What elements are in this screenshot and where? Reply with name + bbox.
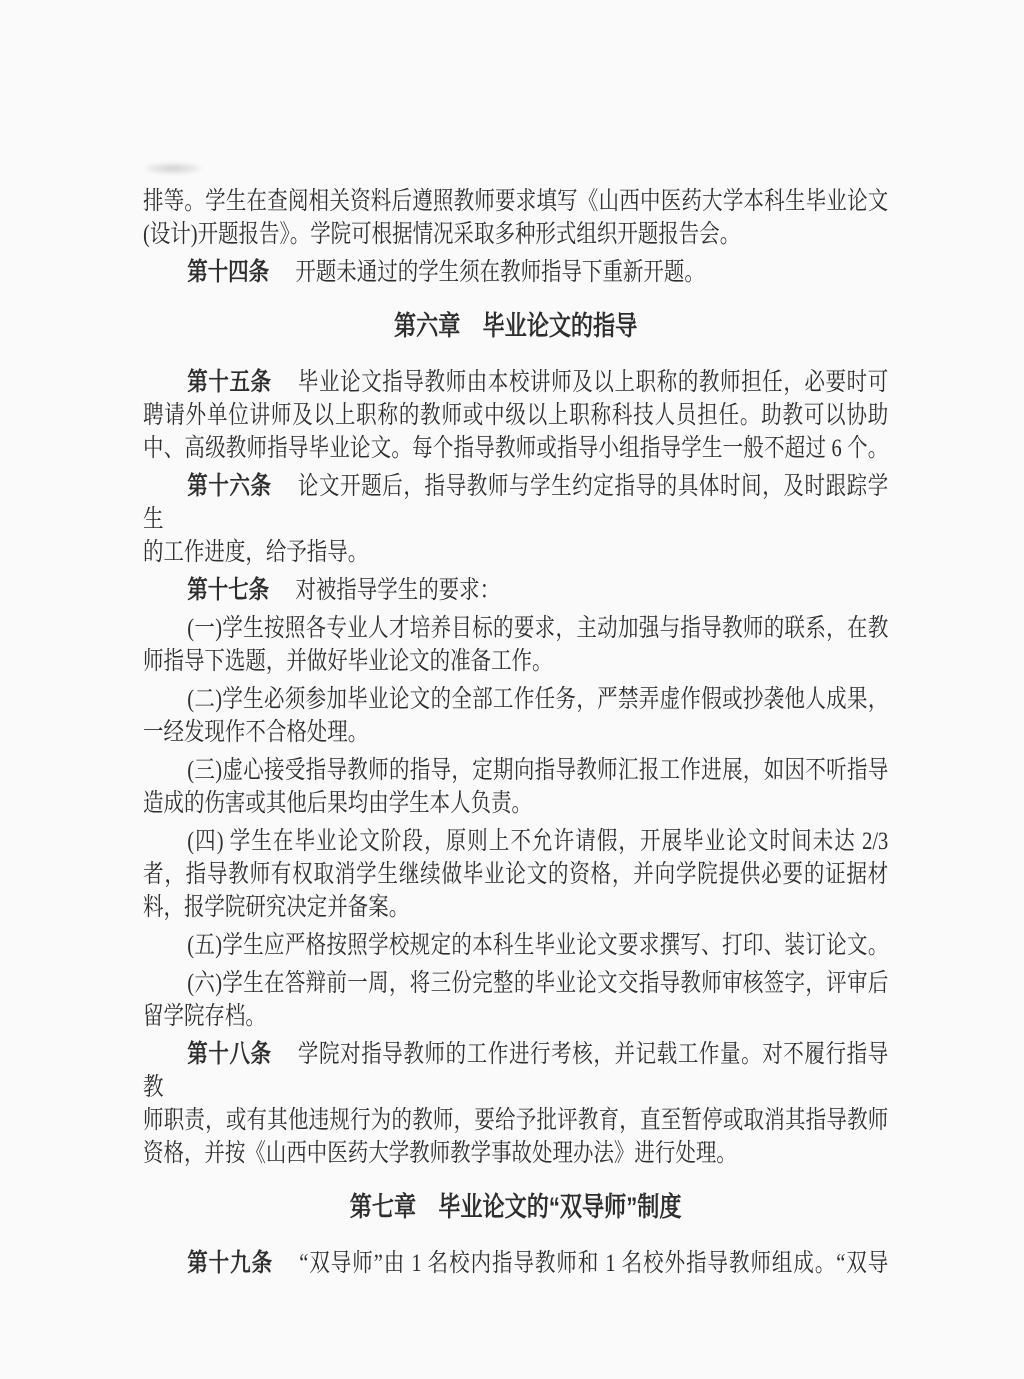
text-line: (一)学生按照各专业人才培养目标的要求，主动加强与指导教师的联系，在教 xyxy=(143,612,888,645)
text-line: 排等。学生在查阅相关资料后遵照教师要求填写《山西中医药大学本科生毕业论文 xyxy=(143,185,888,218)
text-line: 师职责，或有其他违规行为的教师，要给予批评教育，直至暂停或取消其指导教师 xyxy=(143,1104,888,1137)
article-number-label: 第十四条 xyxy=(187,258,269,286)
text-line: 的工作进度，给予指导。 xyxy=(143,536,888,569)
paragraph: (六)学生在答辩前一周，将三份完整的毕业论文交指导教师审核签字，评审后留学院存档… xyxy=(143,967,888,1033)
paragraph: (五)学生应严格按照学校规定的本科生毕业论文要求撰写、打印、装订论文。 xyxy=(143,929,888,962)
text-line: 一经发现作不合格处理。 xyxy=(143,716,888,749)
text-line: (六)学生在答辩前一周，将三份完整的毕业论文交指导教师审核签字，评审后 xyxy=(143,967,888,1000)
chapter-heading: 第六章 毕业论文的指导 xyxy=(143,310,888,343)
text-line: 第十八条学院对指导教师的工作进行考核，并记载工作量。对不履行指导教 xyxy=(143,1038,888,1104)
paragraph: (三)虚心接受指导教师的指导，定期向指导教师汇报工作进展，如因不听指导造成的伤害… xyxy=(143,754,888,820)
paragraph: (一)学生按照各专业人才培养目标的要求，主动加强与指导教师的联系，在教师指导下选… xyxy=(143,612,888,678)
paragraph: 排等。学生在查阅相关资料后遵照教师要求填写《山西中医药大学本科生毕业论文(设计)… xyxy=(143,185,888,251)
text-line: (二)学生必须参加毕业论文的全部工作任务，严禁弄虚作假或抄袭他人成果， xyxy=(143,683,888,716)
text-line: 中、高级教师指导毕业论文。每个指导教师或指导小组指导学生一般不超过 6 个。 xyxy=(143,432,888,465)
paragraph: 第十五条毕业论文指导教师由本校讲师及以上职称的教师担任，必要时可聘请外单位讲师及… xyxy=(143,366,888,465)
paragraph: (二)学生必须参加毕业论文的全部工作任务，严禁弄虚作假或抄袭他人成果，一经发现作… xyxy=(143,683,888,749)
text-line: 第十五条毕业论文指导教师由本校讲师及以上职称的教师担任，必要时可 xyxy=(143,366,888,399)
text-line: 第十九条“双导师”由 1 名校内指导教师和 1 名校外指导教师组成。“双导 xyxy=(143,1247,888,1280)
article-number-label: 第十五条 xyxy=(187,368,271,396)
article-number-label: 第十八条 xyxy=(187,1040,271,1068)
text-line: 第十七条对被指导学生的要求： xyxy=(143,574,888,607)
paragraph: 第十四条开题未通过的学生须在教师指导下重新开题。 xyxy=(143,256,888,289)
article-number-label: 第十九条 xyxy=(187,1249,273,1277)
paragraph: 第十九条“双导师”由 1 名校内指导教师和 1 名校外指导教师组成。“双导 xyxy=(143,1247,888,1280)
article-number-label: 第十六条 xyxy=(187,472,271,500)
text-line: (设计)开题报告》。学院可根据情况采取多种形式组织开题报告会。 xyxy=(143,218,888,251)
text-line: (三)虚心接受指导教师的指导，定期向指导教师汇报工作进展，如因不听指导 xyxy=(143,754,888,787)
article-number-label: 第十七条 xyxy=(187,576,269,604)
text-line: 聘请外单位讲师及以上职称的教师或中级以上职称科技人员担任。助教可以协助 xyxy=(143,399,888,432)
text-line: 留学院存档。 xyxy=(143,1000,888,1033)
paragraph: (四) 学生在毕业论文阶段，原则上不允许请假，开展毕业论文时间未达 2/3者，指… xyxy=(143,825,888,924)
text-line: 资格，并按《山西中医药大学教师教学事故处理办法》进行处理。 xyxy=(143,1137,888,1170)
text-line: 第十四条开题未通过的学生须在教师指导下重新开题。 xyxy=(143,256,888,289)
text-line: 第十六条论文开题后，指导教师与学生约定指导的具体时间，及时跟踪学生 xyxy=(143,470,888,536)
text-line: 者，指导教师有权取消学生继续做毕业论文的资格，并向学院提供必要的证据材 xyxy=(143,858,888,891)
text-line: (四) 学生在毕业论文阶段，原则上不允许请假，开展毕业论文时间未达 2/3 xyxy=(143,825,888,858)
paragraph: 第十六条论文开题后，指导教师与学生约定指导的具体时间，及时跟踪学生的工作进度，给… xyxy=(143,470,888,569)
paragraph: 第十八条学院对指导教师的工作进行考核，并记载工作量。对不履行指导教师职责，或有其… xyxy=(143,1038,888,1170)
text-line: 造成的伤害或其他后果均由学生本人负责。 xyxy=(143,787,888,820)
scan-artifact-smudge xyxy=(144,163,202,174)
chapter-heading: 第七章 毕业论文的“双导师”制度 xyxy=(143,1191,888,1224)
scanned-document-page: 排等。学生在查阅相关资料后遵照教师要求填写《山西中医药大学本科生毕业论文(设计)… xyxy=(0,0,1024,1379)
paragraph: 第十七条对被指导学生的要求： xyxy=(143,574,888,607)
document-body: 排等。学生在查阅相关资料后遵照教师要求填写《山西中医药大学本科生毕业论文(设计)… xyxy=(143,185,888,1285)
text-line: 料，报学院研究决定并备案。 xyxy=(143,891,888,924)
text-line: 师指导下选题，并做好毕业论文的准备工作。 xyxy=(143,645,888,678)
text-line: (五)学生应严格按照学校规定的本科生毕业论文要求撰写、打印、装订论文。 xyxy=(143,929,888,962)
